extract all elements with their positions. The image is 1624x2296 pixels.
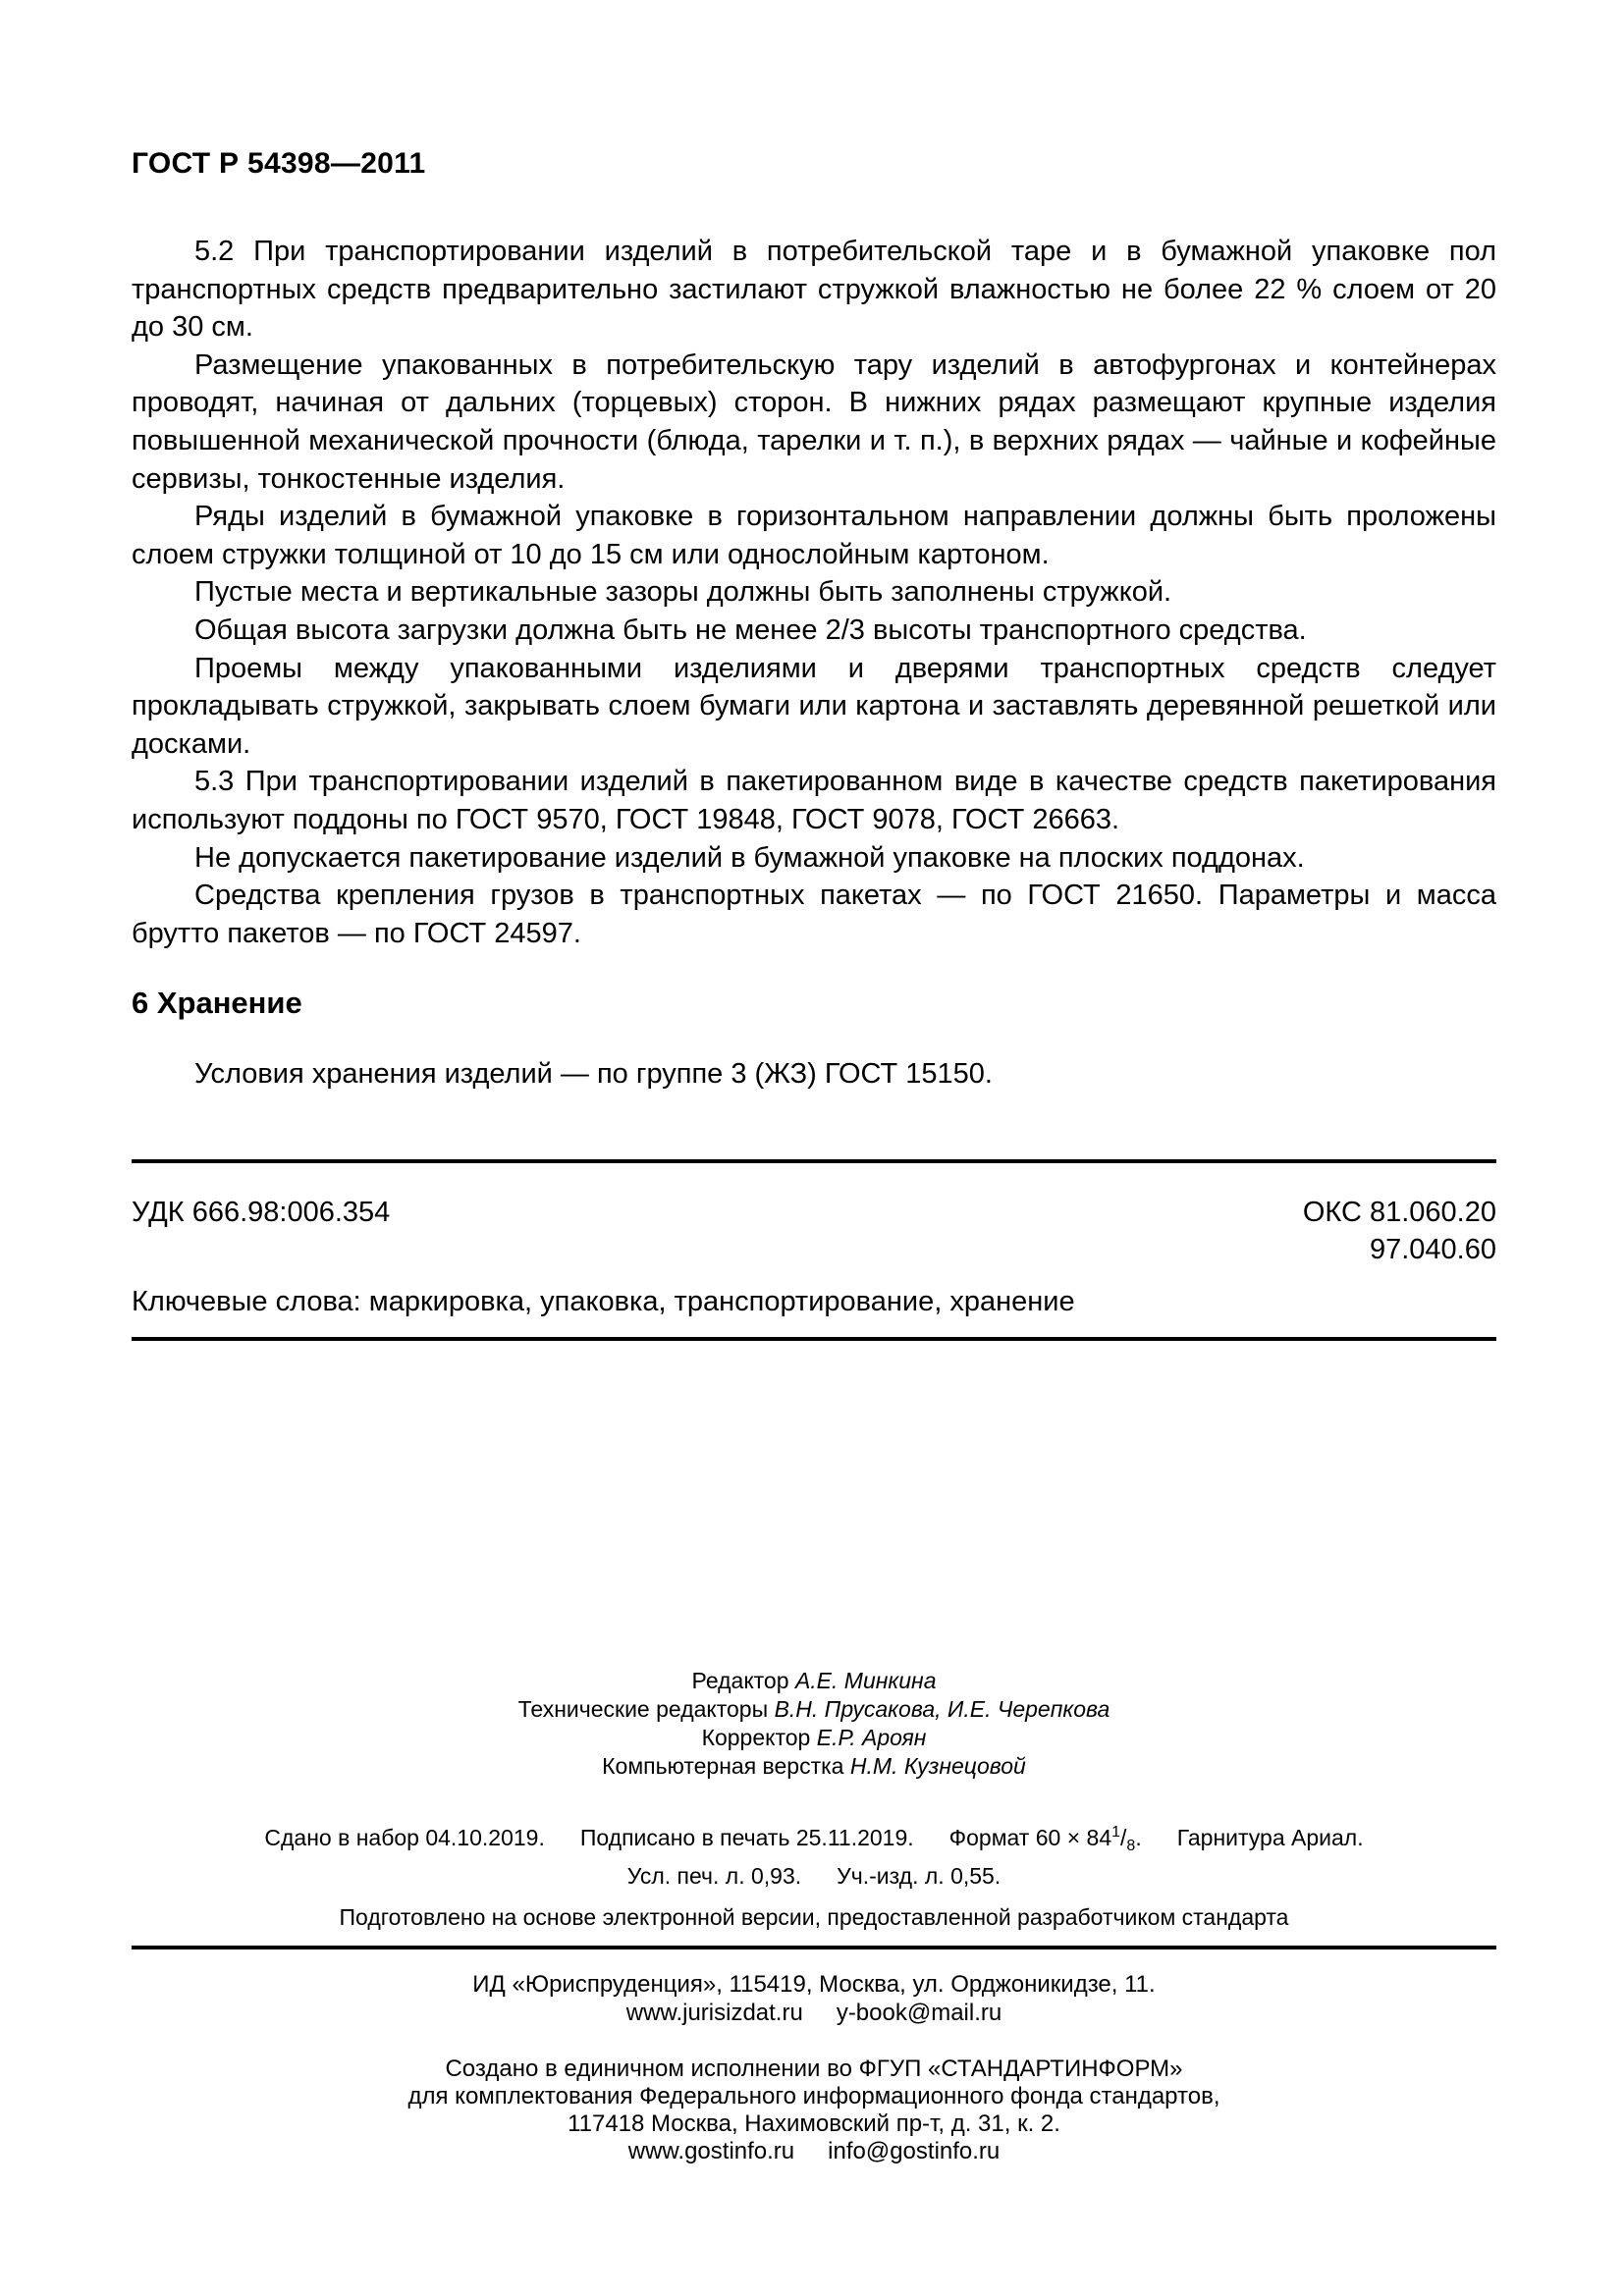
staff-row-technical-editors: Технические редакторыВ.Н. Прусакова, И.Е… — [132, 1695, 1496, 1724]
paragraph-rows: Ряды изделий в бумажной упаковке в гориз… — [132, 498, 1496, 573]
publisher-address: ИД «Юриспруденция», 115419, Москва, ул. … — [132, 1970, 1496, 1999]
staff-names: В.Н. Прусакова, И.Е. Черепкова — [775, 1696, 1110, 1722]
staff-row-layout: Компьютерная версткаН.М. Кузнецовой — [132, 1752, 1496, 1781]
typeset-date: Сдано в набор 04.10.2019. — [264, 1825, 544, 1850]
format-denominator: 8 — [1126, 1838, 1135, 1854]
print-info-line-1: Сдано в набор 04.10.2019.Подписано в печ… — [132, 1817, 1496, 1861]
paragraph-fastening: Средства крепления грузов в транспортных… — [132, 877, 1496, 952]
publisher-block: ИД «Юриспруденция», 115419, Москва, ул. … — [132, 1970, 1496, 2027]
staff-names: Е.Р. Ароян — [817, 1725, 927, 1750]
doc-number-header: ГОСТ Р 54398—2011 — [132, 0, 1496, 181]
divider-bottom — [132, 1946, 1496, 1949]
staff-role: Компьютерная верстка — [602, 1753, 843, 1779]
publisher-website: www.jurisizdat.ru — [626, 2000, 803, 2026]
editorial-staff-block: РедакторА.Е. Минкина Технические редакто… — [132, 1667, 1496, 1781]
staff-row-editor: РедакторА.Е. Минкина — [132, 1667, 1496, 1695]
printer-contacts: www.gostinfo.ruinfo@gostinfo.ru — [132, 2138, 1496, 2165]
print-info-block: Сдано в набор 04.10.2019.Подписано в печ… — [132, 1817, 1496, 1892]
oks-codes: ОКС 81.060.20 97.040.60 — [1303, 1194, 1496, 1268]
printed-sheets: Усл. печ. л. 0,93. — [627, 1863, 801, 1889]
printer-website: www.gostinfo.ru — [628, 2138, 794, 2164]
printer-line-2: для комплектования Федерального информац… — [132, 2083, 1496, 2110]
staff-row-proofreader: КорректорЕ.Р. Ароян — [132, 1724, 1496, 1752]
staff-role: Редактор — [691, 1668, 788, 1693]
oks-code-line-1: ОКС 81.060.20 — [1303, 1194, 1496, 1231]
print-date: Подписано в печать 25.11.2019. — [580, 1825, 914, 1850]
publisher-email: y-book@mail.ru — [837, 2000, 1001, 2026]
udk-code: УДК 666.98:006.354 — [132, 1194, 390, 1268]
publisher-sheets: Уч.-изд. л. 0,55. — [837, 1863, 1001, 1889]
publisher-contacts: www.jurisizdat.ruy-book@mail.ru — [132, 1999, 1496, 2027]
paragraph-height: Общая высота загрузки должна быть не мен… — [132, 612, 1496, 650]
storage-conditions-text: Условия хранения изделий — по группе 3 (… — [132, 1058, 1496, 1091]
classification-codes-row: УДК 666.98:006.354 ОКС 81.060.20 97.040.… — [132, 1194, 1496, 1268]
prepared-note: Подготовлено на основе электронной верси… — [132, 1904, 1496, 1931]
staff-role: Корректор — [702, 1725, 811, 1750]
printer-email: info@gostinfo.ru — [828, 2138, 1000, 2164]
print-info-line-2: Усл. печ. л. 0,93.Уч.-изд. л. 0,55. — [132, 1861, 1496, 1892]
format-numerator: 1 — [1111, 1824, 1120, 1841]
document-page: ГОСТ Р 54398—2011 5.2 При транспортирова… — [0, 0, 1624, 2296]
staff-role: Технические редакторы — [518, 1696, 768, 1722]
staff-names: Н.М. Кузнецовой — [850, 1753, 1026, 1779]
printer-line-1: Создано в единичном исполнении во ФГУП «… — [132, 2056, 1496, 2083]
oks-code-line-2: 97.040.60 — [1303, 1231, 1496, 1268]
paragraph-placement: Размещение упакованных в потребительскую… — [132, 347, 1496, 498]
section-5-body: 5.2 При транспортировании изделий в потр… — [132, 233, 1496, 952]
typeface-note: Гарнитура Ариал. — [1177, 1825, 1364, 1850]
paragraph-openings: Проемы между упакованными изделиями и дв… — [132, 650, 1496, 764]
format-spec: Формат 60 × 841/8. — [949, 1825, 1142, 1850]
printer-address: 117418 Москва, Нахимовский пр-т, д. 31, … — [132, 2110, 1496, 2138]
divider-top — [132, 1159, 1496, 1163]
paragraph-5-2: 5.2 При транспортировании изделий в потр… — [132, 233, 1496, 347]
staff-names: А.Е. Минкина — [795, 1668, 937, 1693]
printer-block: Создано в единичном исполнении во ФГУП «… — [132, 2056, 1496, 2165]
paragraph-flat-pallets: Не допускается пакетирование изделий в б… — [132, 839, 1496, 878]
keywords-line: Ключевые слова: маркировка, упаковка, тр… — [132, 1283, 1496, 1320]
section-6-heading: 6 Хранение — [132, 986, 1496, 1021]
divider-middle — [132, 1337, 1496, 1341]
paragraph-gaps: Пустые места и вертикальные зазоры должн… — [132, 573, 1496, 612]
paragraph-5-3: 5.3 При транспортировании изделий в паке… — [132, 763, 1496, 838]
